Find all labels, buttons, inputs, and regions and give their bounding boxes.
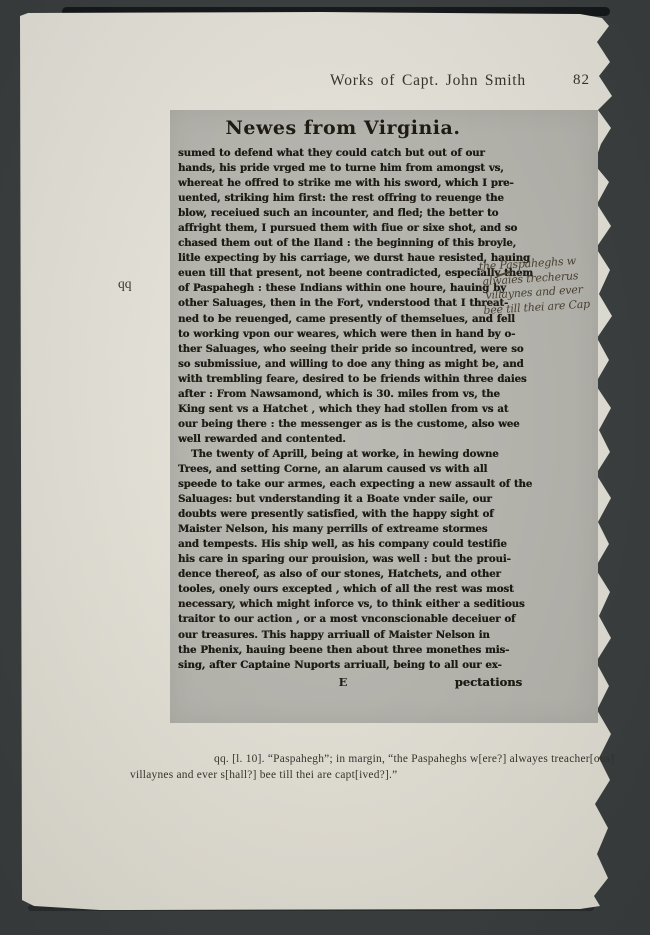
- facsimile-text-line: King sent vs a Hatchet , which they had …: [178, 402, 508, 417]
- facsimile-text-line: sing, after Captaine Nuports arriuall, b…: [178, 658, 508, 673]
- editorial-footnote: qq. [l. 10]. “Paspahegh”; in margin, “th…: [130, 752, 600, 783]
- facsimile-text-line: our treasures. This happy arriuall of Ma…: [178, 628, 508, 643]
- facsimile-text-line: our being there : the messenger as is th…: [178, 417, 508, 432]
- catchword-row: E pectations: [178, 675, 508, 690]
- facsimile-text-line: tooles, onely ours excepted , which of a…: [178, 582, 508, 597]
- facsimile-text-line: Trees, and setting Corne, an alarum caus…: [178, 462, 508, 477]
- facsimile-text-line: hands, his pride vrged me to turne him f…: [178, 161, 508, 176]
- catchword: pectations: [455, 675, 522, 689]
- handwritten-marginalia: the Paspaheghs w alwaies trecherus villa…: [478, 252, 617, 319]
- facsimile-text-line: affright them, I pursued them with fiue …: [178, 221, 508, 236]
- facsimile-text-line: with trembling feare, desired to be frie…: [178, 372, 508, 387]
- facsimile-text-line: other Saluages, then in the Fort, vnders…: [178, 296, 508, 311]
- facsimile-text-line: the Phenix, hauing beene then about thre…: [178, 643, 508, 658]
- footnote-line: villaynes and ever s[hall?] bee till the…: [130, 768, 600, 784]
- facsimile-title: Newes from Virginia.: [178, 117, 508, 139]
- facsimile-text-line: traitor to our action , or a most vncons…: [178, 612, 508, 627]
- running-title: Works of Capt. John Smith: [330, 72, 526, 90]
- facsimile-text-line: necessary, which might inforce vs, to th…: [178, 597, 508, 612]
- facsimile-text-line: his care in sparing our prouision, was w…: [178, 552, 508, 567]
- facsimile-text-line: speede to take our armes, each expecting…: [178, 477, 508, 492]
- facsimile-body-text: sumed to defend what they could catch bu…: [178, 146, 508, 690]
- facsimile-text-line: Saluages: but vnderstanding it a Boate v…: [178, 492, 508, 507]
- footnote-line: qq. [l. 10]. “Paspahegh”; in margin, “th…: [130, 752, 600, 768]
- facsimile-text-line: chased them out of the Iland : the begin…: [178, 236, 508, 251]
- facsimile-text-line: to working vpon our weares, which were t…: [178, 327, 508, 342]
- facsimile-text-line: whereat he offred to strike me with his …: [178, 176, 508, 191]
- facsimile-text-line: after : From Nawsamond, which is 30. mil…: [178, 387, 508, 402]
- photograph-background: Works of Capt. John Smith 82 qq Newes fr…: [0, 0, 650, 935]
- facsimile-text-line: The twenty of Aprill, being at worke, in…: [178, 447, 508, 462]
- facsimile-text-line: dence thereof, as also of our stones, Ha…: [178, 567, 508, 582]
- facsimile-text-line: well rewarded and contented.: [178, 432, 508, 447]
- facsimile-text-line: litle expecting by his carriage, we durs…: [178, 251, 508, 266]
- facsimile-text-line: of Paspahegh : these Indians within one …: [178, 281, 508, 296]
- facsimile-text-line: sumed to defend what they could catch bu…: [178, 146, 508, 161]
- facsimile-text-line: ther Saluages, who seeing their pride so…: [178, 342, 508, 357]
- facsimile-text-line: so submissiue, and willing to doe any th…: [178, 357, 508, 372]
- facsimile-text-line: and tempests. His ship well, as his comp…: [178, 537, 508, 552]
- facsimile-text-line: Maister Nelson, his many perrills of ext…: [178, 522, 508, 537]
- facsimile-text-line: euen till that present, not beene contra…: [178, 266, 508, 281]
- facsimile-text-line: doubts were presently satisfied, with th…: [178, 507, 508, 522]
- facsimile-text-line: ned to be reuenged, came presently of th…: [178, 312, 508, 327]
- page-number: 82: [573, 72, 590, 89]
- facsimile-scan-block: Newes from Virginia. sumed to defend wha…: [170, 110, 598, 723]
- footnote-reference-letters: qq: [118, 276, 132, 292]
- facsimile-text-line: uented, striking him first: the rest off…: [178, 191, 508, 206]
- facsimile-text-line: blow, receiued such an incounter, and fl…: [178, 206, 508, 221]
